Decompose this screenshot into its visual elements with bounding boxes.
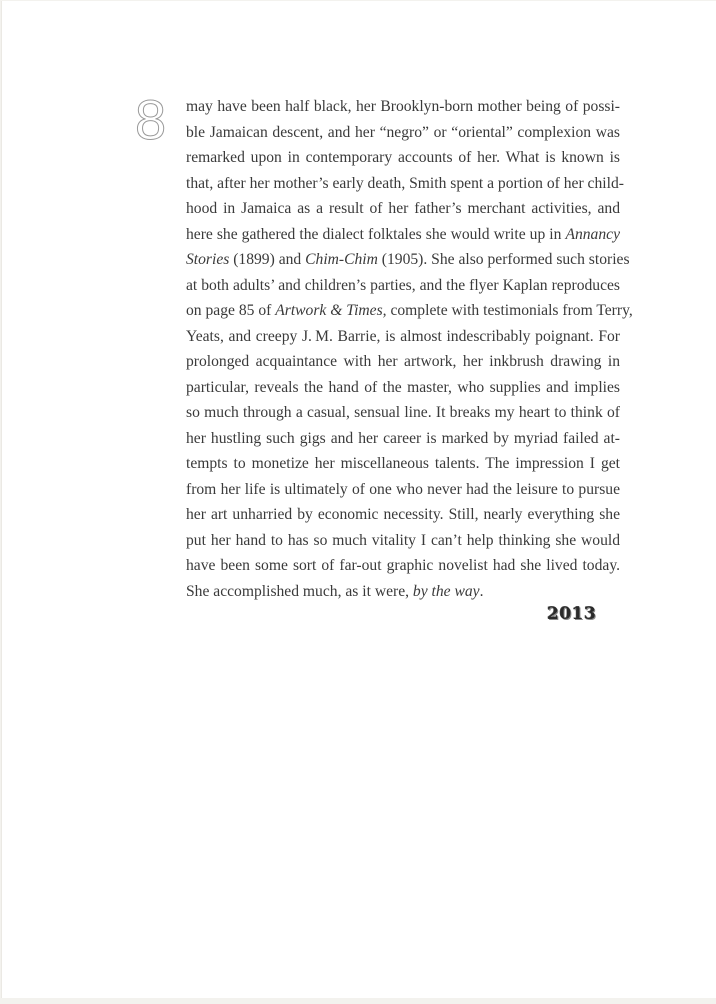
text-run: at both adults’ and children’s parties, … <box>186 277 620 294</box>
text-run: put her hand to has so much vitality I c… <box>186 532 620 549</box>
italic-run: by the way <box>413 583 480 600</box>
text-line: from her life is ultimately of one who n… <box>186 477 620 503</box>
italic-run: Annancy <box>565 226 620 243</box>
text-run: that, after her mother’s early death, Sm… <box>186 175 624 192</box>
text-line: her art unharried by economic necessity.… <box>186 502 620 528</box>
text-line: Yeats, and creepy J. M. Barrie, is almos… <box>186 324 620 350</box>
text-run: may have been half black, her Brooklyn-b… <box>186 98 620 115</box>
text-run: prolonged acquaintance with her artwork,… <box>186 353 620 370</box>
page-number: 8 <box>135 92 166 148</box>
text-run: ble Jamaican descent, and her “negro” or… <box>186 124 620 141</box>
text-line: at both adults’ and children’s parties, … <box>186 273 620 299</box>
italic-run: Artwork & Times, <box>275 302 386 319</box>
text-run: hood in Jamaica as a result of her fathe… <box>186 200 620 217</box>
text-line: put her hand to has so much vitality I c… <box>186 528 620 554</box>
text-run: from her life is ultimately of one who n… <box>186 481 620 498</box>
book-page: 8 may have been half black, her Brooklyn… <box>2 1 716 998</box>
text-run: remarked upon in contemporary accounts o… <box>186 149 620 166</box>
text-run: (1905). She also performed such stories <box>378 251 630 268</box>
year-mark: 2013 <box>547 604 596 624</box>
body-paragraph: may have been half black, her Brooklyn-b… <box>186 94 620 604</box>
text-run: Yeats, and creepy J. M. Barrie, is almos… <box>186 328 620 345</box>
text-line: her hustling such gigs and her career is… <box>186 426 620 452</box>
italic-run: Stories <box>186 251 229 268</box>
text-line: here she gathered the dialect folktales … <box>186 222 620 248</box>
text-line: so much through a casual, sensual line. … <box>186 400 620 426</box>
text-run: so much through a casual, sensual line. … <box>186 404 620 421</box>
text-line: on page 85 of Artwork & Times, complete … <box>186 298 620 324</box>
text-line: have been some sort of far-out graphic n… <box>186 553 620 579</box>
text-run: particular, reveals the hand of the mast… <box>186 379 620 396</box>
italic-run: Chim-Chim <box>305 251 378 268</box>
text-line: remarked upon in contemporary accounts o… <box>186 145 620 171</box>
text-run: She accomplished much, as it were, <box>186 583 413 600</box>
text-line: Stories (1899) and Chim-Chim (1905). She… <box>186 247 620 273</box>
text-run: her hustling such gigs and her career is… <box>186 430 620 447</box>
text-run: complete with testimonials from Terry, <box>387 302 633 319</box>
text-line: prolonged acquaintance with her artwork,… <box>186 349 620 375</box>
text-line: hood in Jamaica as a result of her fathe… <box>186 196 620 222</box>
text-run: (1899) and <box>229 251 305 268</box>
text-line: She accomplished much, as it were, by th… <box>186 579 620 605</box>
text-run: . <box>480 583 484 600</box>
text-line: particular, reveals the hand of the mast… <box>186 375 620 401</box>
text-line: may have been half black, her Brooklyn-b… <box>186 94 620 120</box>
text-run: have been some sort of far-out graphic n… <box>186 557 620 574</box>
text-line: tempts to monetize her miscellaneous tal… <box>186 451 620 477</box>
text-run: her art unharried by economic necessity.… <box>186 506 620 523</box>
text-run: here she gathered the dialect folktales … <box>186 226 565 243</box>
text-line: ble Jamaican descent, and her “negro” or… <box>186 120 620 146</box>
text-line: that, after her mother’s early death, Sm… <box>186 171 620 197</box>
text-run: tempts to monetize her miscellaneous tal… <box>186 455 620 472</box>
text-run: on page 85 of <box>186 302 275 319</box>
